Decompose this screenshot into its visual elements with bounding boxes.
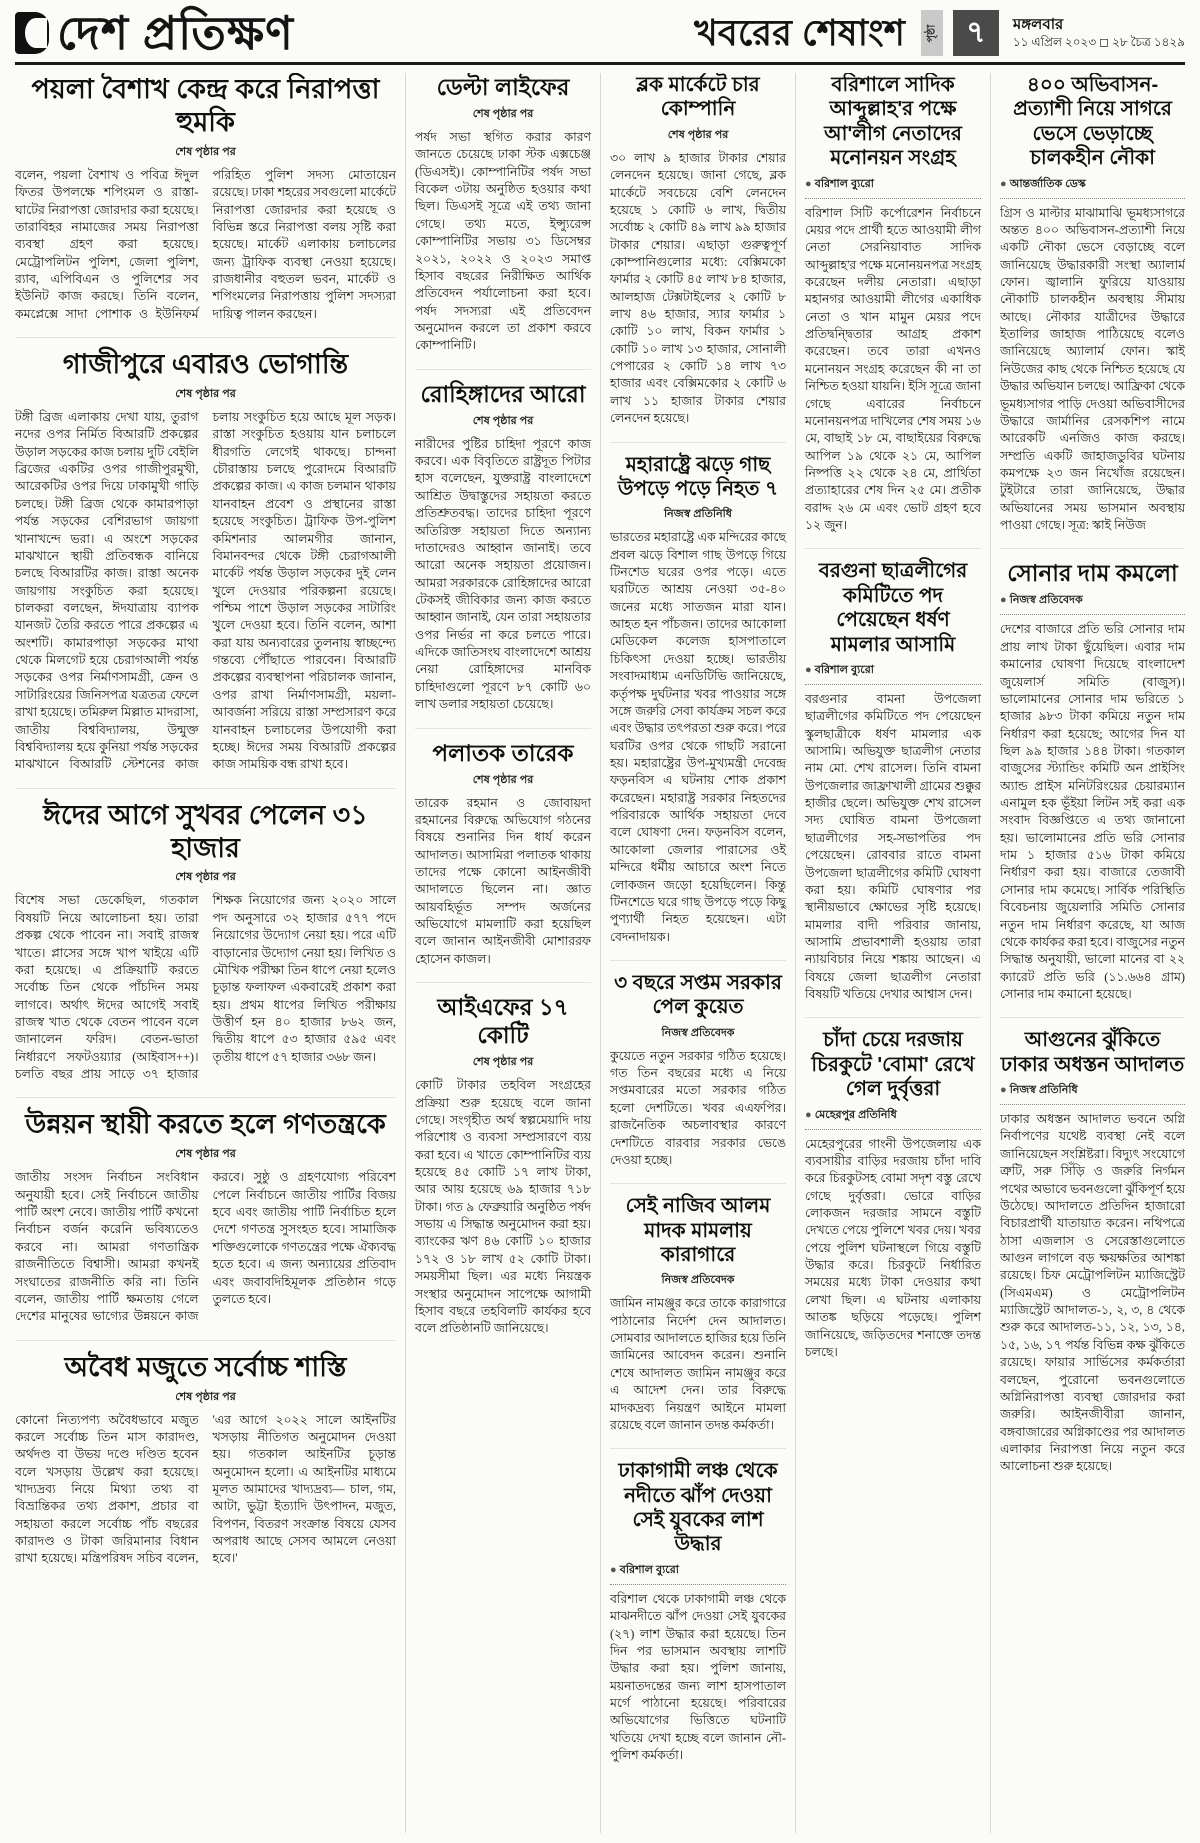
page-header: দেশ প্রতিক্ষণ খবরের শেষাংশ পৃষ্ঠা ৭ মঙ্গ… bbox=[15, 10, 1185, 65]
article-byline: নিজস্ব প্রতিবেদক bbox=[1000, 591, 1185, 615]
article-byline: শেষ পৃষ্ঠার পর bbox=[415, 412, 591, 431]
article-body: টঙ্গী ব্রিজ এলাকায় দেখা যায়, তুরাগ নদে… bbox=[15, 409, 396, 774]
article-headline: রোহিঙ্গাদের আরো bbox=[415, 380, 591, 408]
page-label: পৃষ্ঠা bbox=[922, 24, 941, 42]
article-headline: ঢাকাগামী লঞ্চ থেকে নদীতে ঝাঁপ দেওয়া সেই… bbox=[610, 1459, 786, 1557]
article-headline: অবৈধ মজুতে সর্বোচ্চ শাস্তি bbox=[15, 1351, 396, 1384]
article-byline: শেষ পৃষ্ঠার পর bbox=[415, 771, 591, 790]
article-byline: নিজস্ব প্রতিবেদক bbox=[610, 1024, 786, 1043]
article: উন্নয়ন স্থায়ী করতে হলে গণতন্ত্রকে শেষ … bbox=[15, 1097, 396, 1325]
article-body: নারীদের পুষ্টির চাহিদা পূরণে কাজ করবে। এ… bbox=[415, 436, 591, 714]
date-line: ১১ এপ্রিল ২০২৩ ◻ ২৮ চৈত্র ১৪২৯ bbox=[1013, 35, 1185, 50]
header-right: খবরের শেষাংশ পৃষ্ঠা ৭ মঙ্গলবার ১১ এপ্রিল… bbox=[694, 10, 1185, 56]
article: গাজীপুরে এবারও ভোগান্তি শেষ পৃষ্ঠার পর ট… bbox=[15, 337, 396, 773]
article-body: বরগুনার বামনা উপজেলা ছাত্রলীগের কমিটিতে … bbox=[805, 691, 981, 1003]
article-headline: ব্লক মার্কেটে চার কোম্পানি bbox=[610, 73, 786, 122]
article: আগুনের ঝুঁকিতে ঢাকার অধস্তন আদালত নিজস্ব… bbox=[1000, 1017, 1185, 1475]
article-body: জাতীয় সংসদ নির্বাচন সংবিধান অনুযায়ী হব… bbox=[15, 1169, 396, 1325]
article-body: কোটি টাকার তহবিল সংগ্রহের প্রক্রিয়া শুর… bbox=[415, 1077, 591, 1337]
news-column-3: ব্লক মার্কেটে চার কোম্পানি শেষ পৃষ্ঠার প… bbox=[600, 73, 795, 1833]
article-byline: শেষ পৃষ্ঠার পর bbox=[15, 1388, 396, 1407]
articles-grid: পয়লা বৈশাখ কেন্দ্র করে নিরাপত্তা হুমকি … bbox=[15, 73, 1185, 1833]
article-body: ভারতের মহারাষ্ট্রে এক মন্দিরের কাছে প্রব… bbox=[610, 529, 786, 946]
article-headline: বরিশালে সাদিক আব্দুল্লাহ'র পক্ষে আ'লীগ ন… bbox=[805, 73, 981, 171]
article-headline: পয়লা বৈশাখ কেন্দ্র করে নিরাপত্তা হুমকি bbox=[15, 73, 396, 139]
article-byline: নিজস্ব প্রতিবেদক bbox=[610, 1271, 786, 1290]
article: আইএফের ১৭ কোটি শেষ পৃষ্ঠার পর কোটি টাকার… bbox=[415, 982, 591, 1337]
masthead: দেশ প্রতিক্ষণ bbox=[15, 10, 294, 56]
page-label-box: পৃষ্ঠা bbox=[921, 10, 943, 56]
article-byline: বরিশাল ব্যুরো bbox=[805, 661, 981, 685]
article-body: মেহেরপুরের গাংনী উপজেলায় এক ব্যবসায়ীর … bbox=[805, 1136, 981, 1362]
newspaper-page: দেশ প্রতিক্ষণ খবরের শেষাংশ পৃষ্ঠা ৭ মঙ্গ… bbox=[0, 0, 1200, 1833]
article-byline: নিজস্ব প্রতিনিধি bbox=[1000, 1081, 1185, 1105]
article-byline: শেষ পৃষ্ঠার পর bbox=[15, 868, 396, 887]
article: সেই নাজিব আলম মাদক মামলায় কারাগারে নিজস… bbox=[610, 1183, 786, 1434]
page-number: ৭ bbox=[953, 10, 999, 56]
article-body: গ্রিস ও মাল্টার মাঝামাঝি ভূমধ্যসাগরে অন্… bbox=[1000, 205, 1185, 535]
article-byline: শেষ পৃষ্ঠার পর bbox=[15, 143, 396, 162]
article: রোহিঙ্গাদের আরো শেষ পৃষ্ঠার পর নারীদের প… bbox=[415, 369, 591, 714]
article-byline: আন্তর্জাতিক ডেস্ক bbox=[1000, 175, 1185, 199]
article-body: কুয়েতে নতুন সরকার গঠিত হয়েছে। গত তিন ব… bbox=[610, 1048, 786, 1170]
article-headline: মহারাষ্ট্রে ঝড়ে গাছ উপড়ে পড়ে নিহত ৭ bbox=[610, 453, 786, 502]
article-body: কোনো নিত্যপণ্য অবৈধভাবে মজুত করলে সর্বোচ… bbox=[15, 1412, 396, 1568]
article: ঈদের আগে সুখবর পেলেন ৩১ হাজার শেষ পৃষ্ঠা… bbox=[15, 788, 396, 1084]
news-column-5: ৪০০ অভিবাসন-প্রত্যাশী নিয়ে সাগরে ভেসে ভ… bbox=[990, 73, 1185, 1833]
article-byline: নিজস্ব প্রতিনিধি bbox=[610, 505, 786, 524]
article-headline: সোনার দাম কমলো bbox=[1000, 559, 1185, 587]
newspaper-logo-icon bbox=[15, 12, 49, 54]
article-byline: শেষ পৃষ্ঠার পর bbox=[15, 385, 396, 404]
article: ঢাকাগামী লঞ্চ থেকে নদীতে ঝাঁপ দেওয়া সেই… bbox=[610, 1448, 786, 1764]
article-headline: ঈদের আগে সুখবর পেলেন ৩১ হাজার bbox=[15, 799, 396, 865]
news-column-4: বরিশালে সাদিক আব্দুল্লাহ'র পক্ষে আ'লীগ ন… bbox=[795, 73, 990, 1833]
article: পলাতক তারেক শেষ পৃষ্ঠার পর তারেক রহমান ও… bbox=[415, 728, 591, 969]
article-headline: বরগুনা ছাত্রলীগের কমিটিতে পদ পেয়েছেন ধর… bbox=[805, 559, 981, 657]
article-body: ৩০ লাখ ৯ হাজার টাকার শেয়ার লেনদেন হয়েছ… bbox=[610, 150, 786, 428]
day-name: মঙ্গলবার bbox=[1013, 16, 1185, 35]
article-body: জামিন নামঞ্জুর করে তাকে কারাগারে পাঠানোর… bbox=[610, 1295, 786, 1434]
section-title: খবরের শেষাংশ bbox=[694, 15, 905, 51]
article-body: বিশেষ সভা ডেকেছিল, গতকাল বিষয়টি নিয়ে আ… bbox=[15, 892, 396, 1083]
article-body: বরিশাল সিটি কর্পোরেশন নির্বাচনে মেয়র পদ… bbox=[805, 205, 981, 535]
article: ৪০০ অভিবাসন-প্রত্যাশী নিয়ে সাগরে ভেসে ভ… bbox=[1000, 73, 1185, 534]
article-headline: আইএফের ১৭ কোটি bbox=[415, 993, 591, 1049]
article-headline: চাঁদা চেয়ে দরজায় চিরকুটে 'বোমা' রেখে গ… bbox=[805, 1028, 981, 1101]
article-byline: মেহেরপুর প্রতিনিধি bbox=[805, 1106, 981, 1130]
article-byline: শেষ পৃষ্ঠার পর bbox=[415, 105, 591, 124]
article-headline: আগুনের ঝুঁকিতে ঢাকার অধস্তন আদালত bbox=[1000, 1028, 1185, 1077]
article-body: তারেক রহমান ও জোবায়দা রহমানের বিরুদ্ধে … bbox=[415, 795, 591, 969]
article: ব্লক মার্কেটে চার কোম্পানি শেষ পৃষ্ঠার প… bbox=[610, 73, 786, 428]
article-headline: উন্নয়ন স্থায়ী করতে হলে গণতন্ত্রকে bbox=[15, 1108, 396, 1141]
article-headline: ৪০০ অভিবাসন-প্রত্যাশী নিয়ে সাগরে ভেসে ভ… bbox=[1000, 73, 1185, 171]
article: সোনার দাম কমলো নিজস্ব প্রতিবেদক দেশের বা… bbox=[1000, 548, 1185, 1003]
date-block: মঙ্গলবার ১১ এপ্রিল ২০২৩ ◻ ২৮ চৈত্র ১৪২৯ bbox=[1009, 16, 1185, 50]
article-byline: শেষ পৃষ্ঠার পর bbox=[415, 1053, 591, 1072]
article-body: বরিশাল থেকে ঢাকাগামী লঞ্চ থেকে মাঝনদীতে … bbox=[610, 1591, 786, 1765]
article: অবৈধ মজুতে সর্বোচ্চ শাস্তি শেষ পৃষ্ঠার প… bbox=[15, 1340, 396, 1568]
article-byline: বরিশাল ব্যুরো bbox=[805, 175, 981, 199]
masthead-title: দেশ প্রতিক্ষণ bbox=[57, 10, 294, 56]
news-column-2: ডেল্টা লাইফের শেষ পৃষ্ঠার পর পর্ষদ সভা স… bbox=[405, 73, 600, 1833]
article-body: দেশের বাজারে প্রতি ভরি সোনার দাম প্রায় … bbox=[1000, 621, 1185, 1003]
article-byline: শেষ পৃষ্ঠার পর bbox=[610, 126, 786, 145]
article: ৩ বছরে সপ্তম সরকার পেল কুয়েত নিজস্ব প্র… bbox=[610, 960, 786, 1169]
article-headline: ডেল্টা লাইফের bbox=[415, 73, 591, 101]
article: মহারাষ্ট্রে ঝড়ে গাছ উপড়ে পড়ে নিহত ৭ ন… bbox=[610, 442, 786, 946]
article-headline: পলাতক তারেক bbox=[415, 739, 591, 767]
article: চাঁদা চেয়ে দরজায় চিরকুটে 'বোমা' রেখে গ… bbox=[805, 1017, 981, 1361]
article: ডেল্টা লাইফের শেষ পৃষ্ঠার পর পর্ষদ সভা স… bbox=[415, 73, 591, 355]
article-headline: গাজীপুরে এবারও ভোগান্তি bbox=[15, 348, 396, 381]
article: বরগুনা ছাত্রলীগের কমিটিতে পদ পেয়েছেন ধর… bbox=[805, 548, 981, 1003]
article-body: পর্ষদ সভা স্থগিত করার কারণ জানতে চেয়েছে… bbox=[415, 129, 591, 355]
article-byline: শেষ পৃষ্ঠার পর bbox=[15, 1145, 396, 1164]
article-headline: ৩ বছরে সপ্তম সরকার পেল কুয়েত bbox=[610, 971, 786, 1020]
article-byline: বরিশাল ব্যুরো bbox=[610, 1561, 786, 1585]
article-headline: সেই নাজিব আলম মাদক মামলায় কারাগারে bbox=[610, 1194, 786, 1267]
article-body: ঢাকার অধস্তন আদালত ভবনে অগ্নি নির্বাপণের… bbox=[1000, 1111, 1185, 1476]
article-body: বলেন, পয়লা বৈশাখ ও পবিত্র ঈদুল ফিতর উপল… bbox=[15, 167, 396, 323]
article: পয়লা বৈশাখ কেন্দ্র করে নিরাপত্তা হুমকি … bbox=[15, 73, 396, 323]
news-column-1: পয়লা বৈশাখ কেন্দ্র করে নিরাপত্তা হুমকি … bbox=[15, 73, 405, 1833]
article: বরিশালে সাদিক আব্দুল্লাহ'র পক্ষে আ'লীগ ন… bbox=[805, 73, 981, 534]
